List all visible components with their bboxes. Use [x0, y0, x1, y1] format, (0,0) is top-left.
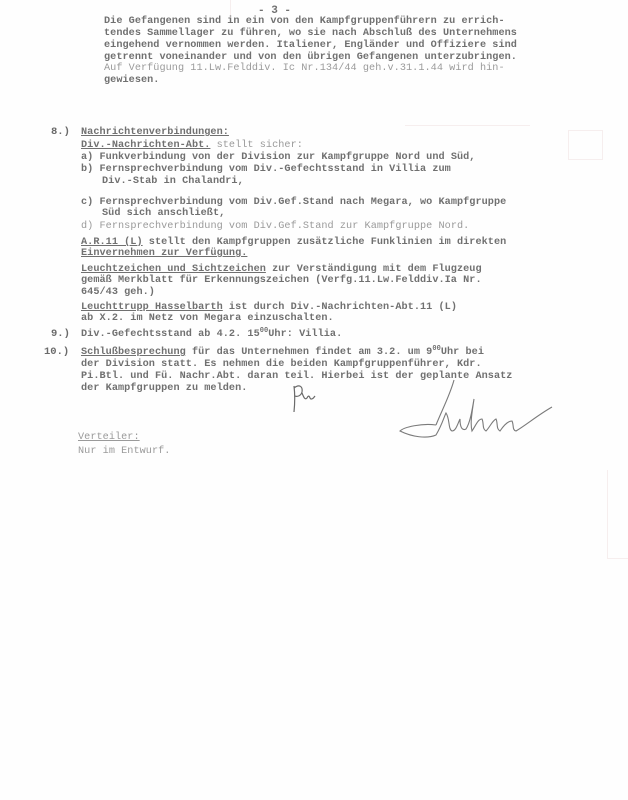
- item-b: b) Fernsprechverbindung vom Div.-Gefecht…: [81, 164, 451, 175]
- intro-line: getrennt voneinander und von den übrigen…: [104, 52, 517, 63]
- item-d: d) Fernsprechverbindung vom Div.Gef.Stan…: [81, 221, 469, 232]
- item-text: Funkverbindung von der Division zur Kamp…: [100, 152, 476, 163]
- ar-line-2: Einvernehmen zur Verfügung.: [81, 248, 247, 259]
- signals-line: Leuchtzeichen und Sichtzeichen zur Verst…: [81, 264, 482, 275]
- item-c-cont: Süd sich anschließt,: [102, 208, 225, 219]
- section10-line: der Division statt. Es nehmen die beiden…: [81, 359, 482, 370]
- item-text: Fernsprechverbindung vom Div.Gef.Stand n…: [100, 197, 507, 208]
- signals-heading: Leuchtzeichen und Sichtzeichen: [81, 264, 266, 275]
- meeting-text-b: Uhr bei: [441, 347, 484, 358]
- relay-text: ist durch Div.-Nachrichten-Abt.11 (L): [223, 302, 457, 313]
- item-label: c): [81, 197, 93, 208]
- item-a: a) Funkverbindung von der Division zur K…: [81, 152, 475, 163]
- scan-artifact: [405, 125, 530, 126]
- ar-unit: A.R.11 (L): [81, 237, 143, 248]
- section-heading: Nachrichtenverbindungen:: [81, 127, 229, 138]
- intro-line: tendes Sammellager zu führen, wo sie nac…: [104, 28, 517, 39]
- item-label: a): [81, 152, 93, 163]
- meeting-text-a: für das Unternehmen findet am 3.2. um 9: [186, 347, 433, 358]
- intro-line: gewiesen.: [104, 75, 159, 86]
- section-number: 9.): [51, 329, 70, 340]
- relay-unit: Leuchttrupp Hasselbarth: [81, 302, 223, 313]
- signals-line-2: gemäß Merkblatt für Erkennungszeichen (V…: [81, 275, 482, 286]
- ar-line: A.R.11 (L) stellt den Kampfgruppen zusät…: [81, 237, 506, 248]
- intro-line: Die Gefangenen sind in ein von den Kampf…: [104, 16, 505, 27]
- section-number: 8.): [51, 127, 70, 138]
- section10-line-1: Schlußbesprechung für das Unternehmen fi…: [81, 347, 484, 358]
- section-number: 10.): [44, 347, 69, 358]
- distribution-text: Nur im Entwurf.: [78, 446, 170, 457]
- time-superscript: 00: [432, 345, 441, 353]
- item-c: c) Fernsprechverbindung vom Div.Gef.Stan…: [81, 197, 506, 208]
- signals-line-3: 645/43 geh.): [81, 287, 155, 298]
- signals-text: zur Verständigung mit dem Flugzeug: [266, 264, 482, 275]
- item-label: b): [81, 164, 93, 175]
- intro-line: Auf Verfügung 11.Lw.Felddiv. Ic Nr.134/4…: [104, 63, 505, 74]
- time-superscript: 00: [260, 327, 269, 335]
- subheading-text: stellt sicher:: [210, 140, 302, 151]
- section9-text: Div.-Gefechtsstand ab 4.2. 1500Uhr: Vill…: [81, 329, 342, 340]
- relay-line-2: ab X.2. im Netz von Megara einzuschalten…: [81, 313, 334, 324]
- ar-text: stellt den Kampfgruppen zusätzliche Funk…: [143, 237, 507, 248]
- scan-artifact: [568, 130, 603, 160]
- item-text: Fernsprechverbindung vom Div.-Gefechtsst…: [100, 164, 451, 175]
- item-text: Fernsprechverbindung vom Div.Gef.Stand z…: [100, 221, 470, 232]
- subheading-unit: Div.-Nachrichten-Abt.: [81, 140, 210, 151]
- item-b-cont: Div.-Stab in Chalandri,: [102, 176, 244, 187]
- relay-line: Leuchttrupp Hasselbarth ist durch Div.-N…: [81, 302, 457, 313]
- item-label: d): [81, 221, 93, 232]
- section9-text-a: Div.-Gefechtsstand ab 4.2. 15: [81, 329, 260, 340]
- scan-artifact: [607, 470, 628, 559]
- meeting-heading: Schlußbesprechung: [81, 347, 186, 358]
- section10-line: der Kampfgruppen zu melden.: [81, 383, 247, 394]
- document-page: - 3 - Die Gefangenen sind in ein von den…: [0, 0, 628, 800]
- distribution-heading: Verteiler:: [78, 432, 140, 443]
- section9-text-b: Uhr: Villia.: [268, 329, 342, 340]
- subheading-line: Div.-Nachrichten-Abt. stellt sicher:: [81, 140, 303, 151]
- intro-line: eingehend vernommen werden. Italiener, E…: [104, 40, 517, 51]
